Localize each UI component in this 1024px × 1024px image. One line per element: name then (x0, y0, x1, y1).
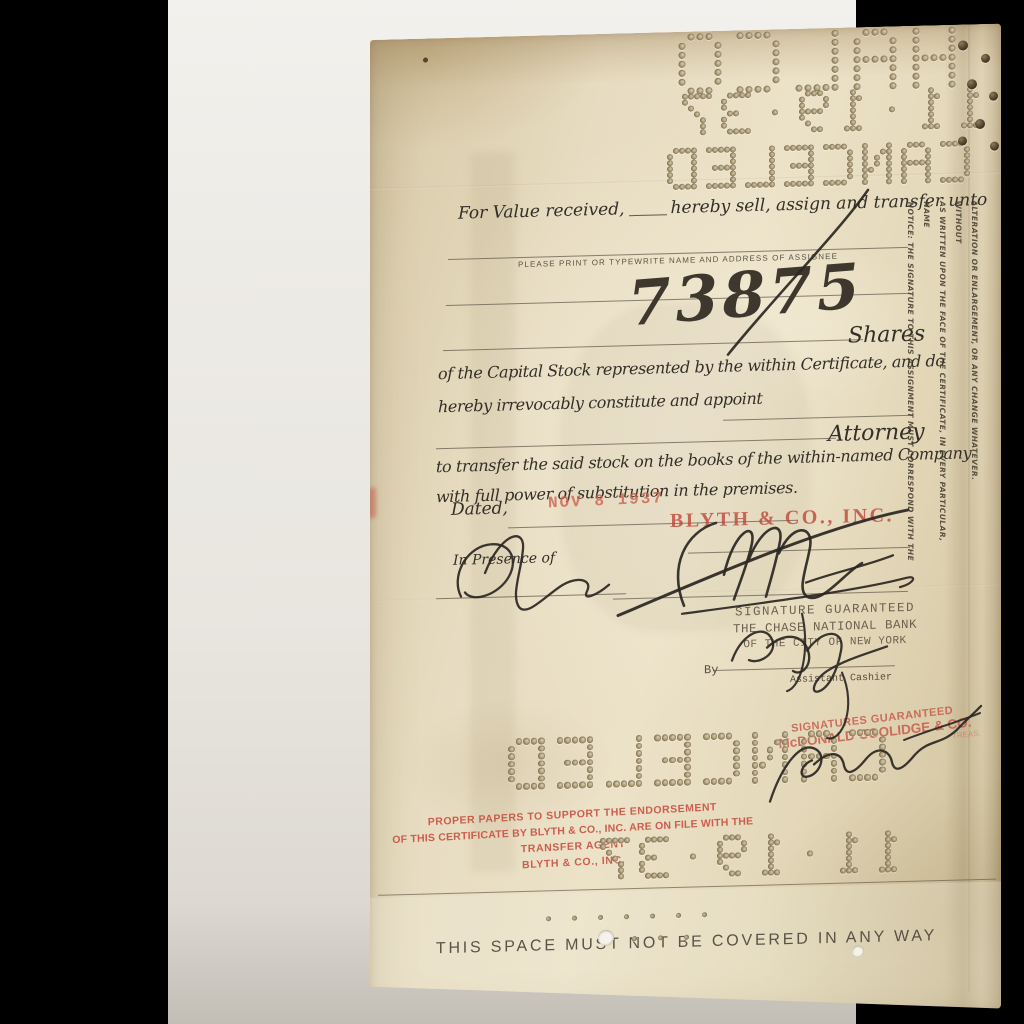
certificate-paper: For Value received, hereby sell, assign … (370, 23, 1001, 1024)
witness-signature (458, 534, 609, 612)
bank-officer-signature (732, 611, 887, 741)
pen-slash (728, 190, 868, 355)
ink-layer (370, 23, 1001, 1008)
broker-signature (618, 510, 913, 616)
photo-backdrop: For Value received, hereby sell, assign … (168, 0, 856, 1024)
guarantor-signature (770, 706, 981, 802)
